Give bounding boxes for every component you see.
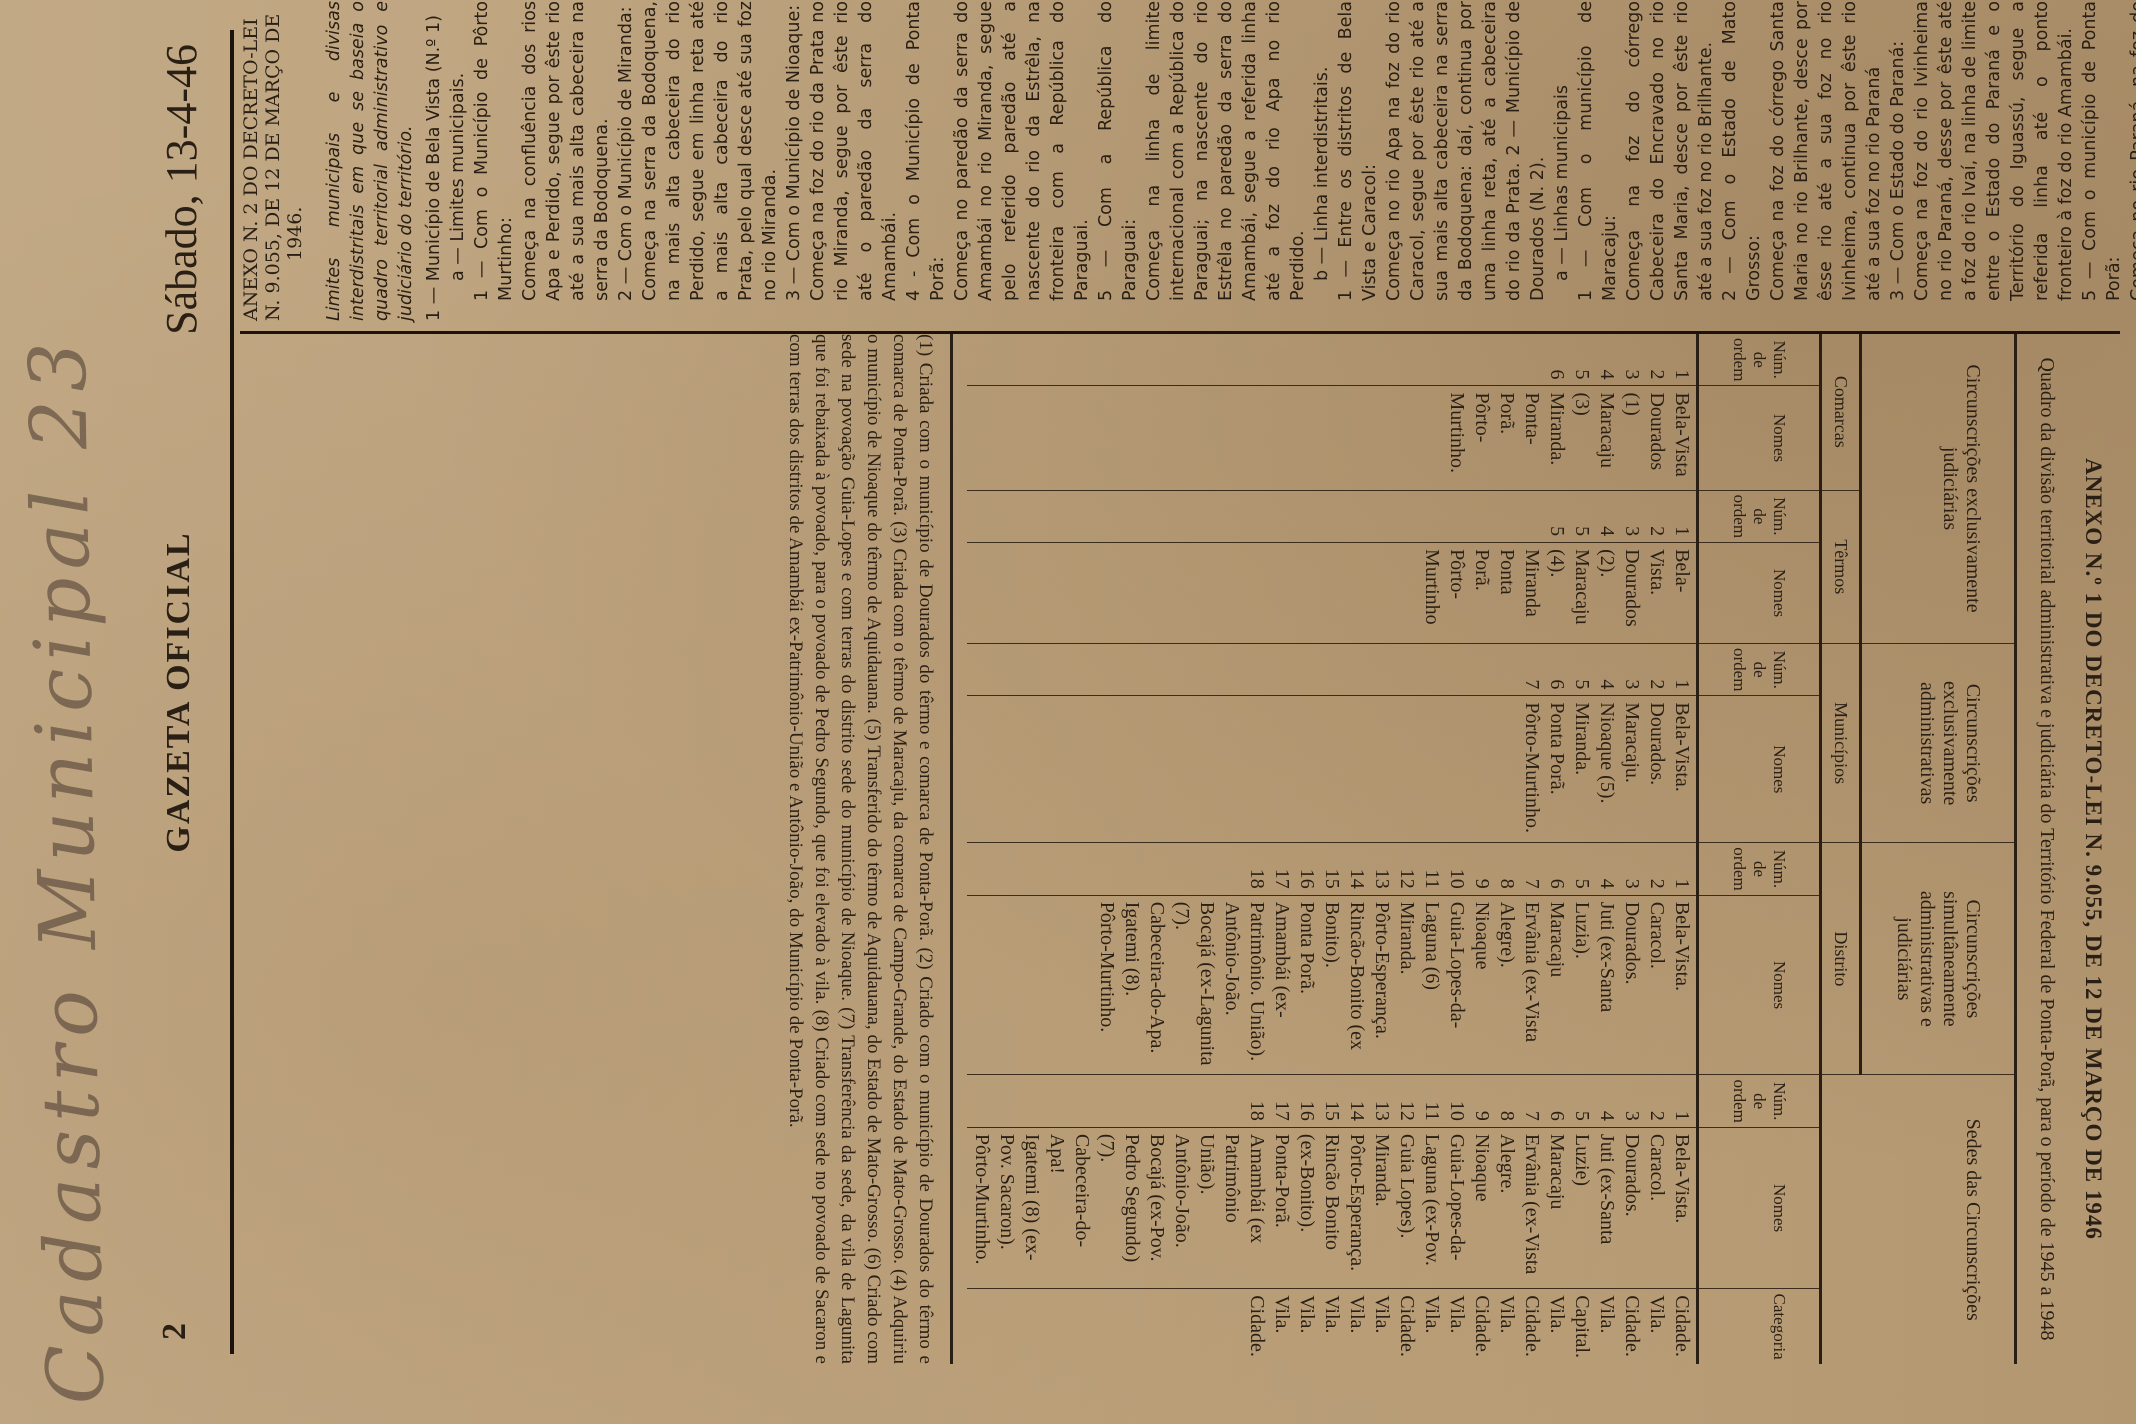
table-cell: Vila. bbox=[1444, 1295, 1469, 1358]
table-cell: 14 bbox=[1344, 1081, 1369, 1120]
table-cell: 7 bbox=[1519, 849, 1544, 888]
page-header: 2 GAZETA OFICIAL Sábado, 13-4-46 bbox=[150, 30, 234, 1354]
table-cell: 1 bbox=[1669, 650, 1694, 689]
table-cell: 2 bbox=[1644, 340, 1669, 379]
table-cell: 9 bbox=[1469, 849, 1494, 888]
table-cell: Miranda bbox=[1519, 549, 1544, 637]
table-cell: 2 bbox=[1644, 650, 1669, 689]
table-cell: 3 bbox=[1619, 650, 1644, 689]
annex-1-section: ANEXO N.º 1 DO DECRETO-LEI N. 9.055, DE … bbox=[240, 334, 2120, 1364]
header-comarcas: Comarcas bbox=[1821, 334, 1861, 490]
table-cell: Amambái (ex-Patrimônio. União). bbox=[1244, 902, 1294, 1069]
distritos-num-column: 123456789101112131415161718 bbox=[967, 843, 1698, 895]
header-distrito: Distrito bbox=[1821, 843, 1861, 1075]
col-nomes: Nomes bbox=[1698, 895, 1821, 1075]
table-cell: 12 bbox=[1394, 849, 1419, 888]
table-cell: 18 bbox=[1244, 849, 1269, 888]
table-cell: Vila. bbox=[1319, 1295, 1344, 1358]
table-cell: 17 bbox=[1269, 1081, 1294, 1120]
sedes-name-column: Bela-Vista.Caracol.Dourados.Juti (ex-San… bbox=[967, 1127, 1698, 1288]
body-paragraph: a — Limites municipais. bbox=[446, 1, 470, 321]
table-cell: 5 bbox=[1569, 849, 1594, 888]
table-cell: Pôrto-Esperança. bbox=[1344, 1134, 1369, 1282]
body-paragraph: 1 — Com o Município de Pôrto Murtinho: bbox=[470, 1, 518, 321]
table-cell: Amambái (ex Patrimônio União). bbox=[1194, 1134, 1269, 1282]
body-paragraph: Começa na confluência dos rios Apa e Per… bbox=[518, 1, 614, 321]
header-judicial: Circunscrições exclusivamente judiciária… bbox=[1861, 334, 2016, 643]
table-cell: 15 bbox=[1319, 849, 1344, 888]
table-cell: Pôrto-Murtinho. bbox=[1519, 702, 1544, 836]
header-administrative: Circunscrições exclusivamente administra… bbox=[1861, 643, 2016, 842]
issue-date: Sábado, 13-4-46 bbox=[156, 44, 207, 335]
col-categoria: Categoria bbox=[1698, 1289, 1821, 1364]
table-cell: 16 bbox=[1294, 849, 1319, 888]
body-paragraph: Começa no rio Apa na foz do rio Caracol,… bbox=[1382, 1, 1550, 321]
body-paragraph: Começa na foz do córrego Santa Maria no … bbox=[1766, 1, 1886, 321]
table-cell: Cidade. bbox=[1244, 1295, 1269, 1358]
table-cell: Vila. bbox=[1419, 1295, 1444, 1358]
table-cell: Antônio-João. bbox=[1219, 902, 1244, 1069]
body-paragraph: b — Linha interdistritais. bbox=[1310, 1, 1334, 321]
table-cell: Antônio-João. bbox=[1169, 1134, 1194, 1282]
table-cell: Bela-Vista. bbox=[1644, 549, 1694, 637]
table-cell: Vila. bbox=[1544, 1295, 1569, 1358]
table-cell: Cabeceira-do-Apa! bbox=[1044, 1134, 1094, 1282]
table-cell: 1 bbox=[1669, 497, 1694, 536]
table-cell: Bela-Vista. bbox=[1669, 902, 1694, 1069]
table-cell: Nioaque (5). bbox=[1594, 702, 1619, 836]
table-cell: Bocajá (ex-Pov. Pedro Segundo) (7). bbox=[1094, 1134, 1169, 1282]
annex-2-column: ANEXO N. 2 DO DECRETO-LEI N. 9.055, DE 1… bbox=[240, 1, 2120, 334]
annex-2-intro: Limites municipais e divisas interdistri… bbox=[322, 1, 418, 321]
annex-2-paragraphs: 1 — Município de Bela Vista (N.º 1)a — L… bbox=[422, 1, 2136, 321]
body-paragraph: Começa no rio Paraná, na foz do rio Amam… bbox=[2126, 1, 2136, 321]
sedes-num-column: 123456789101112131415161718 bbox=[967, 1075, 1698, 1127]
body-paragraph: 4 - Com o Município de Ponta Porã: bbox=[902, 1, 950, 321]
table-cell: Cidade. bbox=[1619, 1295, 1644, 1358]
table-cell: 10 bbox=[1444, 849, 1469, 888]
table-cell: 6 bbox=[1544, 849, 1569, 888]
table-cell: Ponta-Porã. bbox=[1269, 1134, 1294, 1282]
body-paragraph: a — Linhas municipais bbox=[1550, 1, 1574, 321]
table-cell: 5 bbox=[1569, 497, 1594, 536]
table-cell: Pôrto-Murtinho. bbox=[969, 1134, 994, 1282]
table-cell: 5 bbox=[1569, 340, 1594, 379]
table-cell: Juti (ex-Santa Luzia). bbox=[1569, 902, 1619, 1069]
table-cell: Dourados. bbox=[1619, 902, 1644, 1069]
col-nomes: Nomes bbox=[1698, 696, 1821, 843]
sedes-category-column: Cidade.Vila.Cidade.Vila.Capital.Vila.Cid… bbox=[967, 1289, 1698, 1364]
table-cell: Miranda. bbox=[1369, 1134, 1394, 1282]
table-cell: Pôrto-Murtinho. bbox=[1094, 902, 1119, 1069]
table-cell: Bocajá (ex-Lagunita (7). bbox=[1169, 902, 1219, 1069]
table-cell: 4 bbox=[1594, 650, 1619, 689]
body-paragraph: 1 — Município de Bela Vista (N.º 1) bbox=[422, 1, 446, 321]
table-cell: 1 bbox=[1669, 340, 1694, 379]
table-cell: 5 bbox=[1569, 1081, 1594, 1120]
table-cell: 6 bbox=[1544, 650, 1569, 689]
comarcas-name-column: Bela-VistaDourados (1)Maracaju (3)Mirand… bbox=[967, 386, 1698, 490]
table-cell: Igatemi (8). bbox=[1119, 902, 1144, 1069]
table-cell: Pôrto-Esperança. bbox=[1369, 902, 1394, 1069]
body-paragraph: 3 — Com o Município de Nioaque: bbox=[782, 1, 806, 321]
body-paragraph: 2 — Com o Município de Miranda: bbox=[614, 1, 638, 321]
table-cell: Vila. bbox=[1294, 1295, 1319, 1358]
table-cell: Dourados (1) bbox=[1619, 392, 1669, 483]
header-seats: Sedes das Circunscrições bbox=[1821, 1075, 2016, 1364]
table-cell: Ervânia (ex-Vista Alegre. bbox=[1494, 1134, 1544, 1282]
table-cell: 17 bbox=[1269, 849, 1294, 888]
table-cell: Capital. bbox=[1569, 1295, 1594, 1358]
table-cell: Maracaju (3) bbox=[1569, 392, 1619, 483]
table-cell: Caracol. bbox=[1644, 902, 1669, 1069]
annex-2-title-line-3: 1946. bbox=[284, 1, 306, 321]
table-cell: Cabeceira-do-Apa. bbox=[1144, 902, 1169, 1069]
table-cell: 7 bbox=[1519, 1081, 1544, 1120]
table-cell: Pôrto-Murtinho bbox=[1419, 549, 1469, 637]
table-cell: Dourados. bbox=[1619, 1134, 1644, 1282]
body-paragraph: Começa no paredão da serra do Amambái no… bbox=[950, 1, 1094, 321]
table-cell: 4 bbox=[1594, 849, 1619, 888]
table-cell: 13 bbox=[1369, 1081, 1394, 1120]
table-cell: 11 bbox=[1419, 849, 1444, 888]
table-cell: 14 bbox=[1344, 849, 1369, 888]
col-nomes: Nomes bbox=[1698, 543, 1821, 644]
newspaper-page: Cadastro Municipal 23 2 GAZETA OFICIAL S… bbox=[0, 0, 2136, 1424]
annex-2-title-line-2: N. 9.055, DE 12 DE MARÇO DE bbox=[262, 1, 284, 321]
table-cell: Nioaque bbox=[1469, 902, 1494, 1069]
table-cell: 4 bbox=[1594, 497, 1619, 536]
table-cell: Vila. bbox=[1644, 1295, 1669, 1358]
annex-2-title-line-1: ANEXO N. 2 DO DECRETO-LEI bbox=[240, 1, 262, 321]
body-paragraph: 5 — Com a República do Paraguai: bbox=[1094, 1, 1142, 321]
table-cell: 15 bbox=[1319, 1081, 1344, 1120]
table-cell: Ervânia (ex-Vista Alegre). bbox=[1494, 902, 1544, 1069]
comarcas-num-column: 123456 bbox=[967, 334, 1698, 386]
col-num: Núm. de ordem bbox=[1698, 843, 1821, 895]
table-cell: Rincão-Bonito (ex Bonito). bbox=[1319, 902, 1369, 1069]
body-paragraph: 2 — Com o Estado de Mato Grosso: bbox=[1718, 1, 1766, 321]
table-cell: Miranda. bbox=[1569, 702, 1594, 836]
body-paragraph: Começa na foz do rio Ivinheima no rio Pa… bbox=[1910, 1, 2078, 321]
table-cell: 6 bbox=[1544, 340, 1569, 379]
table-cell: Maracaju bbox=[1544, 1134, 1569, 1282]
table-cell: Dourados. bbox=[1644, 702, 1669, 836]
body-paragraph: 5 — Com o município de Ponta Porã: bbox=[2078, 1, 2126, 321]
body-paragraph: Começa na foz do córrego Cabeceira do En… bbox=[1622, 1, 1718, 321]
table-cell: Nioaque bbox=[1469, 1134, 1494, 1282]
body-paragraph: Começa na serra da Bodoquena, na mais al… bbox=[638, 1, 782, 321]
table-cell: 12 bbox=[1394, 1081, 1419, 1120]
table-cell: 2 bbox=[1644, 1081, 1669, 1120]
annex-1-subtitle: Quadro da divisão territorial administra… bbox=[2035, 334, 2058, 1364]
table-cell: 2 bbox=[1644, 497, 1669, 536]
table-cell: Maracaju. bbox=[1619, 702, 1644, 836]
termos-name-column: Bela-Vista.Dourados (2).Maracaju (4).Mir… bbox=[967, 543, 1698, 644]
col-num: Núm. de ordem bbox=[1698, 1075, 1821, 1127]
table-cell: 7 bbox=[1519, 650, 1544, 689]
table-cell: 3 bbox=[1619, 1081, 1644, 1120]
table-cell: 9 bbox=[1469, 1081, 1494, 1120]
table-cell: Ponta Porã. bbox=[1544, 702, 1569, 836]
distritos-name-column: Bela-Vista.Caracol.Dourados.Juti (ex-San… bbox=[967, 895, 1698, 1075]
header-both: Circunscrições simultâneamente administr… bbox=[1861, 843, 2016, 1075]
table-cell: 4 bbox=[1594, 340, 1619, 379]
table-cell: Cidade. bbox=[1469, 1295, 1494, 1358]
col-num: Núm. de ordem bbox=[1698, 334, 1821, 386]
table-cell: Miranda. bbox=[1394, 902, 1419, 1069]
table-cell: Maracaju bbox=[1544, 902, 1569, 1069]
table-cell: Dourados (2). bbox=[1594, 549, 1644, 637]
table-cell: Cidade. bbox=[1394, 1295, 1419, 1358]
table-cell: Ponta Porã. bbox=[1469, 549, 1519, 637]
table-cell: Miranda. bbox=[1544, 392, 1569, 483]
annex-1-title: ANEXO N.º 1 DO DECRETO-LEI N. 9.055, DE … bbox=[2080, 334, 2106, 1364]
table-cell: 6 bbox=[1544, 1081, 1569, 1120]
col-num: Núm. de ordem bbox=[1698, 643, 1821, 695]
table-cell: Vila. bbox=[1344, 1295, 1369, 1358]
table-cell: 1 bbox=[1669, 849, 1694, 888]
header-municipios: Municípios bbox=[1821, 643, 1861, 842]
table-cell: 11 bbox=[1419, 1081, 1444, 1120]
handwritten-annotation: Cadastro Municipal 23 bbox=[8, 23, 172, 1405]
col-nomes: Nomes bbox=[1698, 1127, 1821, 1288]
table-cell: Vila. bbox=[1269, 1295, 1294, 1358]
table-cell: 1 bbox=[1669, 1081, 1694, 1120]
table-cell: Guia-Lopes-da-Laguna (ex-Pov. Guia Lopes… bbox=[1394, 1134, 1469, 1282]
table-cell: Cidade. bbox=[1519, 1295, 1544, 1358]
body-paragraph: Começa na linha de limite internacional … bbox=[1142, 1, 1310, 321]
table-cell: 3 bbox=[1619, 340, 1644, 379]
body-paragraph: 3 — Com o Estado do Paraná: bbox=[1886, 1, 1910, 321]
table-cell: Bela-Vista. bbox=[1669, 702, 1694, 836]
col-num: Núm. de ordem bbox=[1698, 490, 1821, 542]
termos-num-column: 123455 bbox=[967, 490, 1698, 542]
table-cell: Juti (ex-Santa Luzie) bbox=[1569, 1134, 1619, 1282]
table-cell: 8 bbox=[1494, 849, 1519, 888]
body-paragraph: Começa na foz do rio da Prata no rio Mir… bbox=[806, 1, 902, 321]
table-cell: 2 bbox=[1644, 849, 1669, 888]
table-cell: 3 bbox=[1619, 497, 1644, 536]
table-cell: 13 bbox=[1369, 849, 1394, 888]
territorial-division-table: Circunscrições exclusivamente judiciária… bbox=[967, 334, 2017, 1364]
body-paragraph: 1 — Entre os distritos de Bela Vista e C… bbox=[1334, 1, 1382, 321]
col-nomes: Nomes bbox=[1698, 386, 1821, 490]
municipios-name-column: Bela-Vista.Dourados.Maracaju.Nioaque (5)… bbox=[967, 696, 1698, 843]
table-cell: Igatemi (8) (ex-Pov. Sacaron). bbox=[994, 1134, 1044, 1282]
table-cell: 8 bbox=[1494, 1081, 1519, 1120]
table-cell: 4 bbox=[1594, 1081, 1619, 1120]
table-cell: Ponta-Porã. bbox=[1494, 392, 1544, 483]
table-cell: Cidade. bbox=[1669, 1295, 1694, 1358]
table-cell: Vila. bbox=[1594, 1295, 1619, 1358]
header-termos: Têrmos bbox=[1821, 490, 1861, 643]
table-cell: Maracaju (4). bbox=[1544, 549, 1594, 637]
table-cell: Vila. bbox=[1494, 1295, 1519, 1358]
table-cell: Rincão Bonito (ex-Bonito). bbox=[1294, 1134, 1344, 1282]
footnotes: (1) Criada com o município de Dourados d… bbox=[782, 334, 953, 1364]
table-cell: Guia-Lopes-da-Laguna (6) bbox=[1419, 902, 1469, 1069]
table-cell: Caracol. bbox=[1644, 1134, 1669, 1282]
table-cell: 3 bbox=[1619, 849, 1644, 888]
table-cell: Bela-Vista. bbox=[1669, 1134, 1694, 1282]
table-cell: Bela-Vista bbox=[1669, 392, 1694, 483]
municipios-num-column: 1234567 bbox=[967, 643, 1698, 695]
table-cell: Pôrto-Murtinho. bbox=[1444, 392, 1494, 483]
table-cell: Vila. bbox=[1369, 1295, 1394, 1358]
table-cell: 16 bbox=[1294, 1081, 1319, 1120]
table-cell: 10 bbox=[1444, 1081, 1469, 1120]
table-cell: Ponta Porã. bbox=[1294, 902, 1319, 1069]
table-cell: 5 bbox=[1544, 497, 1569, 536]
table-cell: 18 bbox=[1244, 1081, 1269, 1120]
table-cell: 5 bbox=[1569, 650, 1594, 689]
body-paragraph: 1 — Com o município de Maracaju: bbox=[1574, 1, 1622, 321]
